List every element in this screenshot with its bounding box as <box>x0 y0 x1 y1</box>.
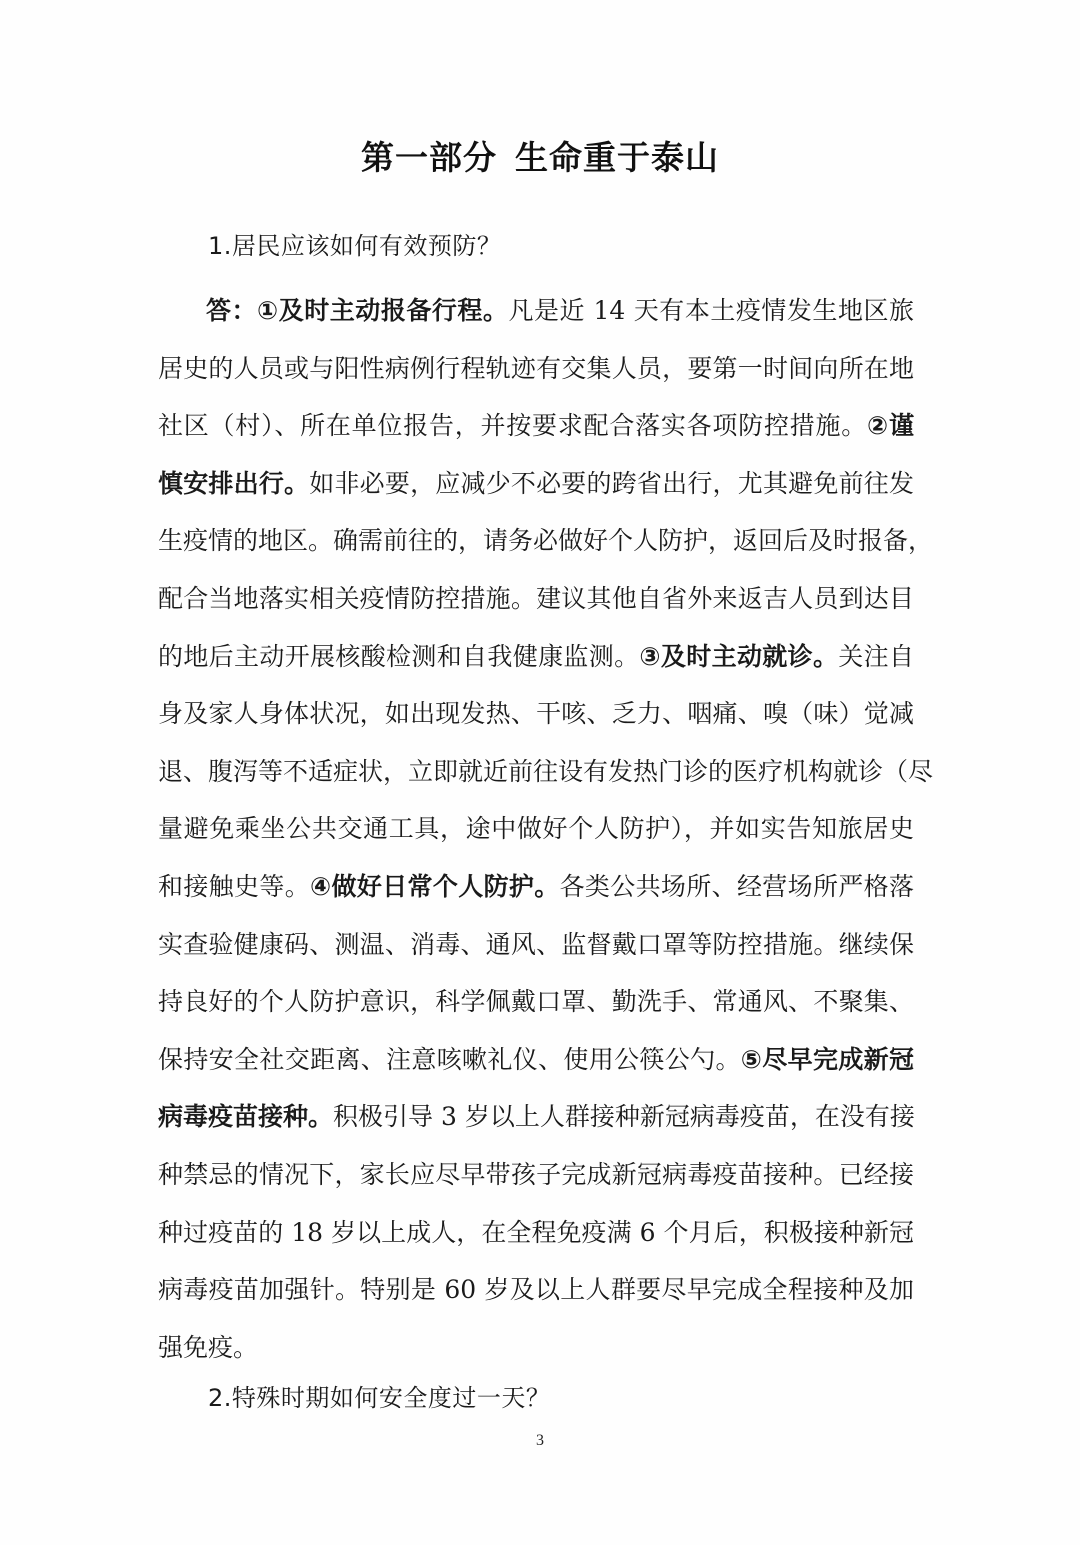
answer-line: 居史的人员或与阳性病例行程轨迹有交集人员，要第一时间向所在地 <box>158 340 914 398</box>
answer-line: 社区（村）、所在单位报告，并按要求配合落实各项防控措施。②谨 <box>158 397 914 455</box>
question-text: 特殊时期如何安全度过一天？ <box>232 1384 551 1412</box>
body-text: 生疫情的地区。确需前往的，请务必做好个人防护，返回后及时报备， <box>158 526 933 555</box>
bold-heading-text: ②谨 <box>867 411 914 440</box>
question-heading-1: 1.居民应该如何有效预防？ <box>208 226 501 261</box>
answer-line: 种禁忌的情况下，家长应尽早带孩子完成新冠病毒疫苗接种。已经接 <box>158 1146 914 1204</box>
body-text: 种过疫苗的 18 岁以上成人，在全程免疫满 6 个月后，积极接种新冠 <box>158 1218 914 1247</box>
bold-heading-text: ⑤尽早完成新冠 <box>741 1045 914 1074</box>
body-text: 各类公共场所、经营场所严格落 <box>560 872 914 901</box>
bold-heading-text: ④做好日常个人防护。 <box>310 872 560 901</box>
answer-line: 持良好的个人防护意识，科学佩戴口罩、勤洗手、常通风、不聚集、 <box>158 973 914 1031</box>
body-text: 量避免乘坐公共交通工具，途中做好个人防护），并如实告知旅居史 <box>158 814 914 843</box>
answer-line: 量避免乘坐公共交通工具，途中做好个人防护），并如实告知旅居史 <box>158 800 914 858</box>
question-number: 1. <box>208 232 232 260</box>
bold-heading-text: ③及时主动就诊。 <box>639 642 838 671</box>
answer-line: 和接触史等。④做好日常个人防护。各类公共场所、经营场所严格落 <box>158 858 914 916</box>
answer-line: 强免疫。 <box>158 1319 914 1377</box>
answer-line: 种过疫苗的 18 岁以上成人，在全程免疫满 6 个月后，积极接种新冠 <box>158 1204 914 1262</box>
answer-line: 病毒疫苗接种。积极引导 3 岁以上人群接种新冠病毒疫苗，在没有接 <box>158 1088 914 1146</box>
answer-line: 答：①及时主动报备行程。凡是近 14 天有本土疫情发生地区旅 <box>158 282 914 340</box>
answer-line: 病毒疫苗加强针。特别是 60 岁及以上人群要尽早完成全程接种及加 <box>158 1261 914 1319</box>
bold-heading-text: 答：①及时主动报备行程。 <box>206 296 508 325</box>
body-text: 种禁忌的情况下，家长应尽早带孩子完成新冠病毒疫苗接种。已经接 <box>158 1160 914 1189</box>
question-number: 2. <box>208 1384 232 1412</box>
answer-paragraph: 答：①及时主动报备行程。凡是近 14 天有本土疫情发生地区旅居史的人员或与阳性病… <box>158 282 914 1376</box>
body-text: 和接触史等。 <box>158 872 310 901</box>
page-number: 3 <box>0 1432 1080 1450</box>
body-text: 强免疫。 <box>158 1333 258 1362</box>
part-subtitle: 生命重于泰山 <box>515 138 719 177</box>
body-text: 持良好的个人防护意识，科学佩戴口罩、勤洗手、常通风、不聚集、 <box>158 987 914 1016</box>
body-text: 保持安全社交距离、注意咳嗽礼仪、使用公筷公勺。 <box>158 1045 741 1074</box>
body-text: 病毒疫苗加强针。特别是 60 岁及以上人群要尽早完成全程接种及加 <box>158 1275 914 1304</box>
document-page: 第一部分生命重于泰山 1.居民应该如何有效预防？ 答：①及时主动报备行程。凡是近… <box>0 0 1080 1545</box>
answer-line: 实查验健康码、测温、消毒、通风、监督戴口罩等防控措施。继续保 <box>158 916 914 974</box>
body-text: 关注自 <box>838 642 914 671</box>
bold-heading-text: 病毒疫苗接种。 <box>158 1102 333 1131</box>
answer-line: 慎安排出行。如非必要，应减少不必要的跨省出行，尤其避免前往发 <box>158 455 914 513</box>
answer-line: 身及家人身体状况，如出现发热、干咳、乏力、咽痛、嗅（味）觉减 <box>158 685 914 743</box>
body-text: 的地后主动开展核酸检测和自我健康监测。 <box>158 642 639 671</box>
body-text: 实查验健康码、测温、消毒、通风、监督戴口罩等防控措施。继续保 <box>158 930 914 959</box>
answer-line: 的地后主动开展核酸检测和自我健康监测。③及时主动就诊。关注自 <box>158 628 914 686</box>
body-text: 身及家人身体状况，如出现发热、干咳、乏力、咽痛、嗅（味）觉减 <box>158 699 914 728</box>
body-text: 社区（村）、所在单位报告，并按要求配合落实各项防控措施。 <box>158 411 867 440</box>
body-text: 配合当地落实相关疫情防控措施。建议其他自省外来返吉人员到达目 <box>158 584 914 613</box>
answer-line: 保持安全社交距离、注意咳嗽礼仪、使用公筷公勺。⑤尽早完成新冠 <box>158 1031 914 1089</box>
body-text: 凡是近 14 天有本土疫情发生地区旅 <box>508 296 914 325</box>
question-text: 居民应该如何有效预防？ <box>232 232 502 260</box>
bold-heading-text: 慎安排出行。 <box>158 469 309 498</box>
body-text: 积极引导 3 岁以上人群接种新冠病毒疫苗，在没有接 <box>333 1102 915 1131</box>
body-text: 居史的人员或与阳性病例行程轨迹有交集人员，要第一时间向所在地 <box>158 354 914 383</box>
page-title: 第一部分生命重于泰山 <box>0 132 1080 179</box>
question-heading-2: 2.特殊时期如何安全度过一天？ <box>208 1378 550 1413</box>
answer-line: 生疫情的地区。确需前往的，请务必做好个人防护，返回后及时报备， <box>158 512 914 570</box>
answer-line: 配合当地落实相关疫情防控措施。建议其他自省外来返吉人员到达目 <box>158 570 914 628</box>
body-text: 如非必要，应减少不必要的跨省出行，尤其避免前往发 <box>309 469 914 498</box>
part-label: 第一部分 <box>361 138 497 177</box>
body-text: 退、腹泻等不适症状，立即就近前往设有发热门诊的医疗机构就诊（尽 <box>158 757 933 786</box>
answer-line: 退、腹泻等不适症状，立即就近前往设有发热门诊的医疗机构就诊（尽 <box>158 743 914 801</box>
